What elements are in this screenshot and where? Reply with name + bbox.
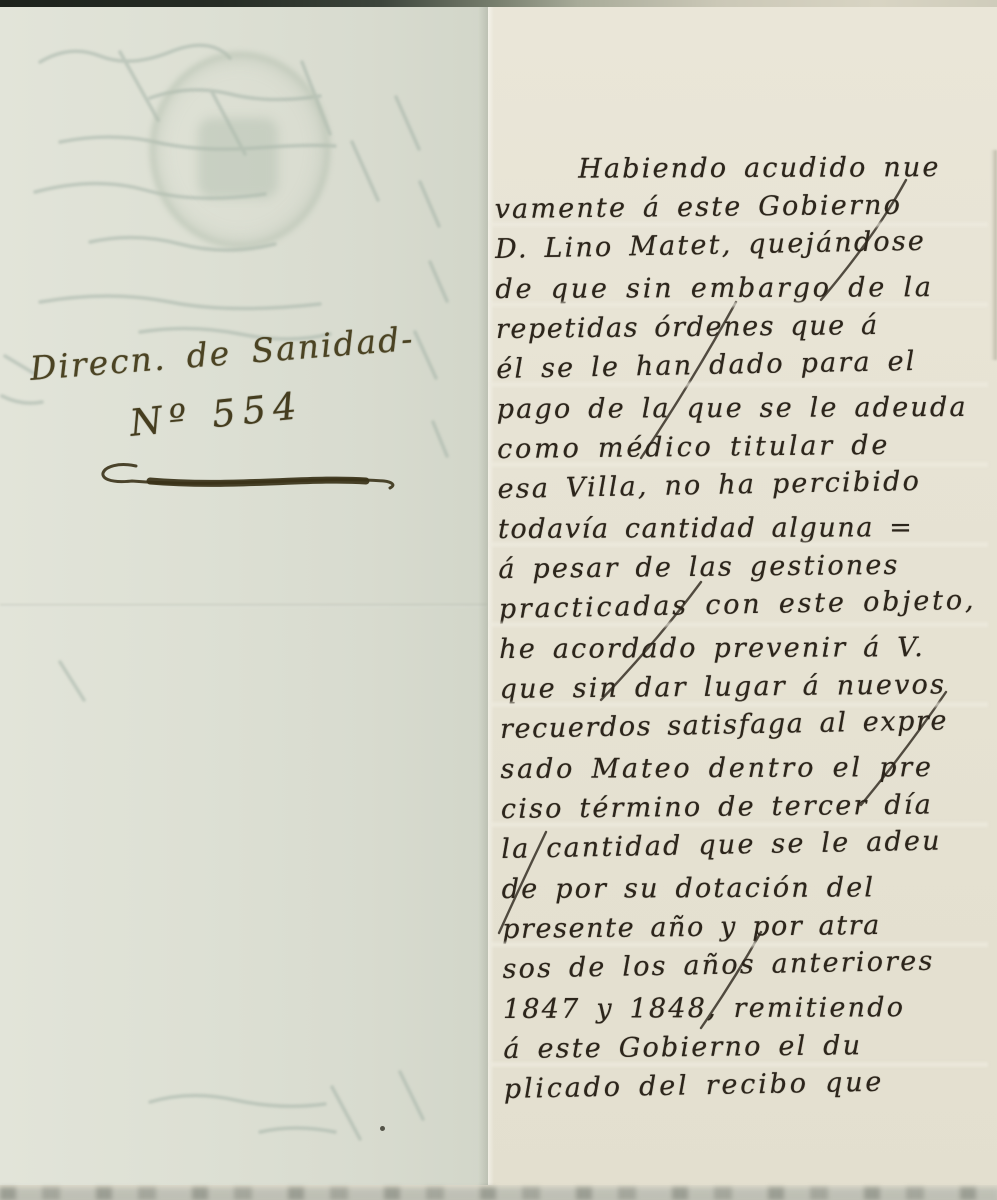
ink-speck [380,1126,385,1131]
wear-streak [490,622,988,627]
scanned-letter: Direcn. de Sanidad- Nº 554 Habiendo acud… [0,0,997,1200]
fold-crease [0,604,487,607]
wear-streak [490,822,988,827]
scan-top-edge [0,0,997,7]
wear-streak [490,462,988,467]
left-page: Direcn. de Sanidad- Nº 554 [0,0,488,1200]
scan-bottom-edge [0,1185,997,1200]
wear-streak [490,382,988,387]
rubric-flourish-icon [78,450,408,505]
wear-streak [490,1062,988,1067]
wear-streak [490,942,988,947]
wear-streak [490,702,988,707]
pen-flourish-strokes [488,0,997,1200]
embossed-seal-center [198,118,278,198]
wear-streak [490,542,988,547]
wear-streak [490,302,988,307]
wear-streak [490,222,988,227]
sheet-edge-shadow [991,150,997,360]
letter-page: Habiendo acudido nue vamente á este Gobi… [488,0,997,1200]
